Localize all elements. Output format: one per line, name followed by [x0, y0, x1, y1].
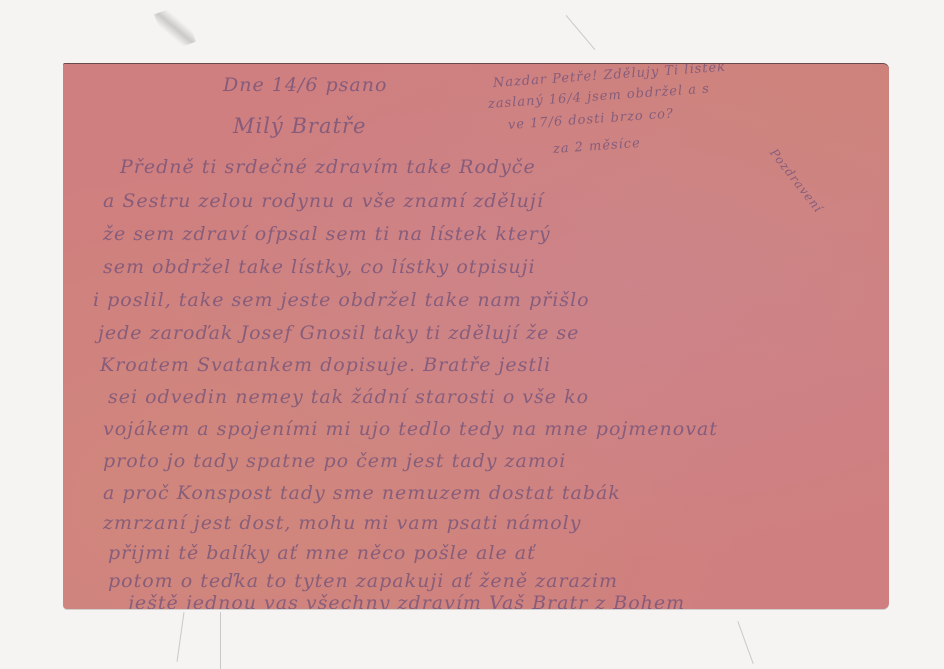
- body-line: že sem zdraví ofpsal sem ti na lístek kt…: [103, 223, 551, 245]
- body-line: Předně ti srdečné zdravím take Rodyče: [120, 156, 536, 178]
- body-line: potom o teďka to tyten zapakuji ať ženě …: [108, 570, 618, 592]
- date-line: Dne 14/6 psano: [223, 74, 387, 96]
- body-line: proto jo tady spatne po čem jest tady za…: [103, 450, 566, 472]
- body-line: vojákem a spojeními mi ujo tedlo tedy na…: [103, 418, 718, 440]
- greeting: Milý Bratře: [233, 114, 366, 138]
- corner-note-line: ve 17/6 dosti brzo co?: [507, 106, 674, 133]
- body-line: Kroatem Svatankem dopisuje. Bratře jestl…: [100, 354, 551, 376]
- body-line: a proč Konspost tady sme nemuzem dostat …: [103, 482, 621, 504]
- body-line: ještě jednou vas všechny zdravím Vaš Bra…: [128, 592, 685, 609]
- scan-scratch: [566, 15, 596, 50]
- scan-scratch: [737, 621, 753, 664]
- body-line: sei odvedin nemey tak žádní starosti o v…: [108, 386, 589, 408]
- body-line: zmrzaní jest dost, mohu mi vam psati nám…: [103, 512, 581, 534]
- scan-scratch: [220, 612, 221, 669]
- corner-note-line: za 2 měsíce: [552, 136, 641, 157]
- scan-smudge: [154, 4, 196, 52]
- body-line: sem obdržel take lístky, co lístky otpis…: [103, 256, 536, 278]
- body-line: a Sestru zelou rodynu a vše znamí zděluj…: [103, 190, 544, 212]
- diagonal-note: Pozdravení: [767, 146, 826, 215]
- body-line: přijmi tě balíky ať mne něco pošle ale a…: [108, 542, 536, 564]
- postcard: Dne 14/6 psano Milý Bratře Nazdar Petře!…: [63, 63, 889, 609]
- scan-scratch: [177, 612, 185, 662]
- body-line: i poslil, take sem jeste obdržel take na…: [93, 289, 590, 311]
- body-line: jede zaroďak Josef Gnosil taky ti zděluj…: [98, 322, 579, 344]
